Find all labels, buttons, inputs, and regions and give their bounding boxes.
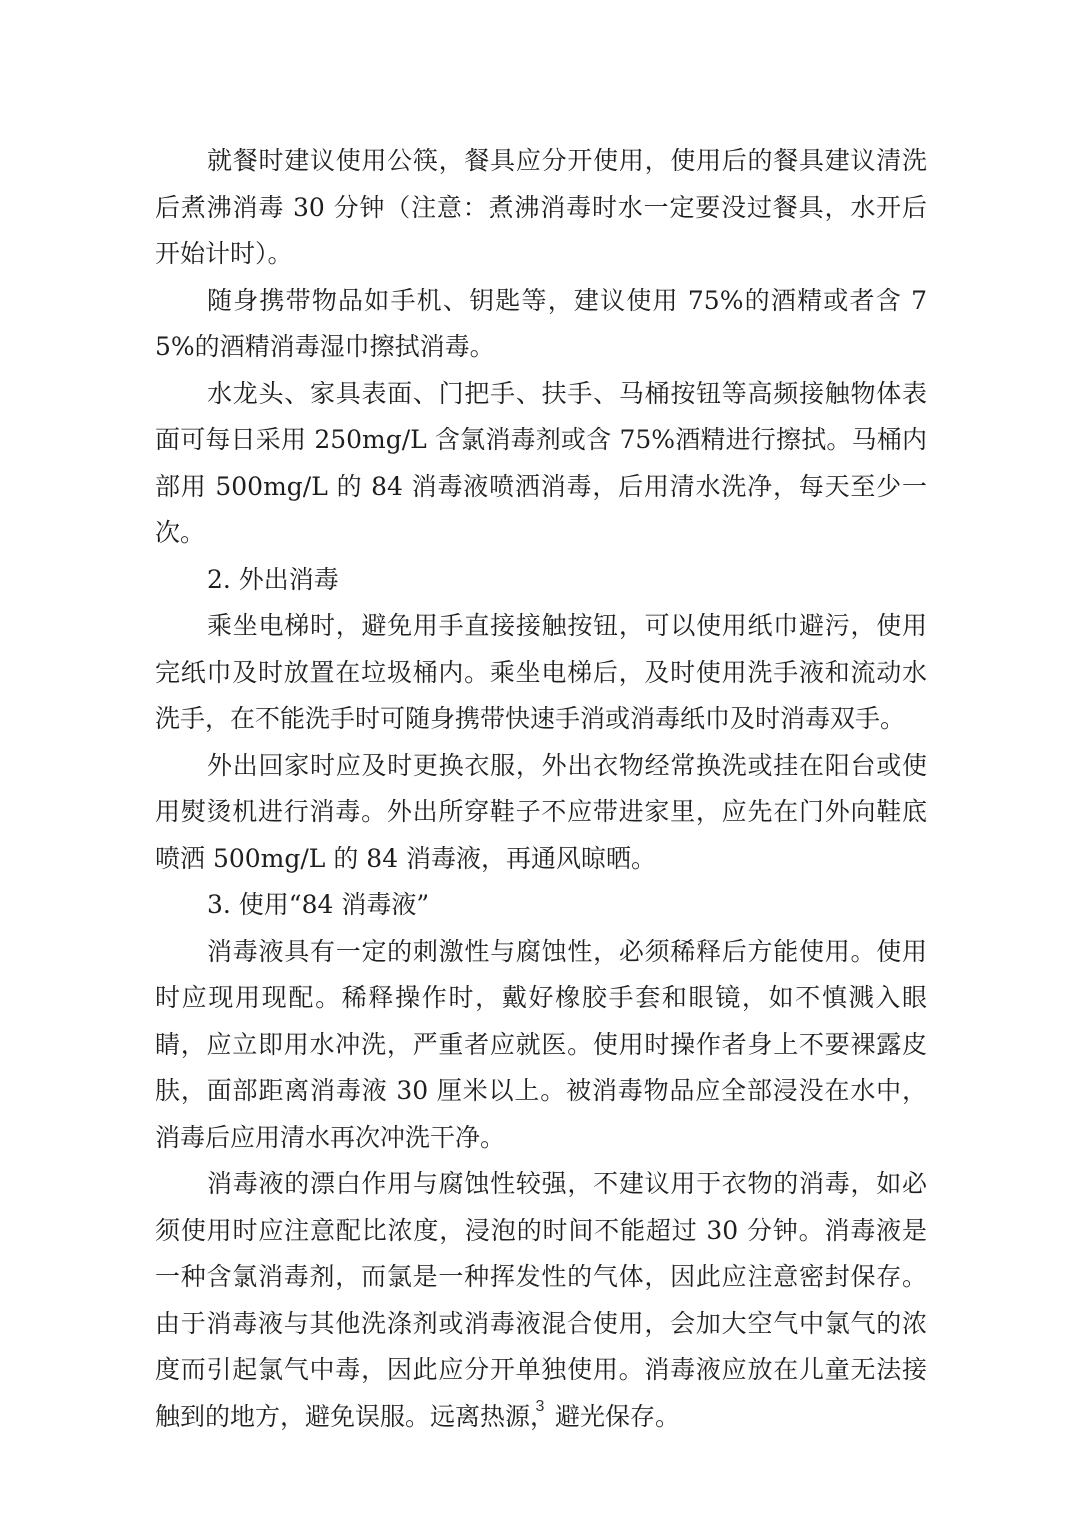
paragraph-tableware: 就餐时建议使用公筷，餐具应分开使用，使用后的餐具建议清洗后煮沸消毒 30 分钟（… xyxy=(155,138,927,278)
paragraph-84-usage: 消毒液具有一定的刺激性与腐蚀性，必须稀释后方能使用。使用时应现用现配。稀释操作时… xyxy=(155,929,927,1162)
paragraph-personal-items: 随身携带物品如手机、钥匙等，建议使用 75%的酒精或者含 75%的酒精消毒湿巾擦… xyxy=(155,278,927,371)
document-page: 就餐时建议使用公筷，餐具应分开使用，使用后的餐具建议清洗后煮沸消毒 30 分钟（… xyxy=(0,0,1080,1527)
paragraph-surfaces: 水龙头、家具表面、门把手、扶手、马桶按钮等高频接触物体表面可每日采用 250mg… xyxy=(155,371,927,557)
section-heading-outdoor-disinfection: 2. 外出消毒 xyxy=(155,557,927,604)
document-body: 就餐时建议使用公筷，餐具应分开使用，使用后的餐具建议清洗后煮沸消毒 30 分钟（… xyxy=(155,138,927,1440)
page-number: 3 xyxy=(0,1398,1080,1416)
section-heading-84-disinfectant: 3. 使用“84 消毒液” xyxy=(155,882,927,929)
paragraph-elevator: 乘坐电梯时，避免用手直接接触按钮，可以使用纸巾避污，使用完纸巾及时放置在垃圾桶内… xyxy=(155,603,927,743)
paragraph-returning-home: 外出回家时应及时更换衣服，外出衣物经常换洗或挂在阳台或使用熨烫机进行消毒。外出所… xyxy=(155,743,927,883)
